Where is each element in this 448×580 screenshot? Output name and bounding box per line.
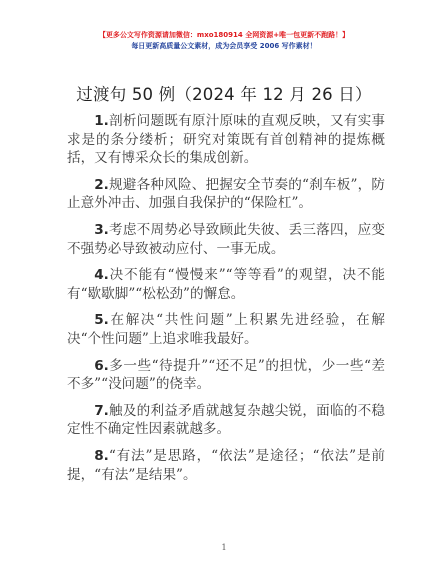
list-item: 8.“有法”是思路，“依法”是途径；“依法”是前提，“有法”是结果”。 [67,447,385,484]
list-item: 5.在解决“共性问题”上积累先进经验，在解决“个性问题”上追求唯我最好。 [67,311,385,348]
promo-banner-line-2: 每日更新高质量公文素材，成为会员享受 2006 写作素材！ [0,42,448,51]
item-number: 5. [94,312,109,328]
item-text: 剖析问题既有原汁原味的直观反映，又有实事求是的条分缕析；研究对策既有首创精神的提… [67,113,385,166]
page-title: 过渡句 50 例（2024 年 12 月 26 日） [0,84,448,106]
item-number: 7. [94,403,109,419]
list-item: 4.决不能有“慢慢来”“等等看”的观望，决不能有“歇歇脚”“松松劲”的懈怠。 [67,266,385,303]
list-item: 2.规避各种风险、把握安全节奏的“刹车板”，防止意外冲击、加强自我保护的“保险杠… [67,176,385,213]
list-item: 7.触及的利益矛盾就越复杂越尖锐，面临的不稳定性不确定性因素就越多。 [67,402,385,439]
item-text: 触及的利益矛盾就越复杂越尖锐，面临的不稳定性不确定性因素就越多。 [67,403,385,438]
item-text: 在解决“共性问题”上积累先进经验，在解决“个性问题”上追求唯我最好。 [67,312,385,347]
item-text: 规避各种风险、把握安全节奏的“刹车板”，防止意外冲击、加强自我保护的“保险杠”。 [67,177,385,212]
list-item: 3.考虑不周势必导致顾此失彼、丢三落四，应变不强势必导致被动应付、一事无成。 [67,221,385,258]
item-text: 考虑不周势必导致顾此失彼、丢三落四，应变不强势必导致被动应付、一事无成。 [67,222,385,257]
item-number: 1. [94,113,109,129]
item-number: 2. [94,177,109,193]
document-body: 1.剖析问题既有原汁原味的直观反映，又有实事求是的条分缕析；研究对策既有首创精神… [67,112,385,492]
item-number: 3. [94,222,109,238]
list-item: 6.多一些“待提升”“还不足”的担忧，少一些“差不多”“没问题”的侥幸。 [67,357,385,394]
item-text: “有法”是思路，“依法”是途径；“依法”是前提，“有法”是结果”。 [67,448,385,483]
item-text: 决不能有“慢慢来”“等等看”的观望，决不能有“歇歇脚”“松松劲”的懈怠。 [67,267,385,302]
item-text: 多一些“待提升”“还不足”的担忧，少一些“差不多”“没问题”的侥幸。 [67,358,385,393]
item-number: 4. [94,267,109,283]
document-page: 【更多公文写作资源请加微信：mxo180914 全网资源+唯一包更新不跑路！】 … [0,0,448,580]
promo-banner-line-1: 【更多公文写作资源请加微信：mxo180914 全网资源+唯一包更新不跑路！】 [0,31,448,40]
item-number: 8. [94,448,109,464]
item-number: 6. [94,358,109,374]
list-item: 1.剖析问题既有原汁原味的直观反映，又有实事求是的条分缕析；研究对策既有首创精神… [67,112,385,168]
page-number: 1 [0,543,448,552]
